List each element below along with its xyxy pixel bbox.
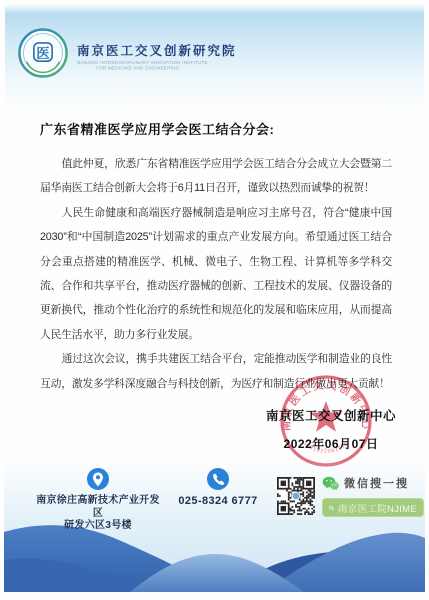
institute-name-cn: 南京医工交叉创新研究院 (77, 41, 237, 59)
paragraph-2: 人民生命健康和高端医疗器械制造是响应习主席号召，符合“健康中国2030”和“中国… (40, 201, 392, 347)
wechat-account-name: 南京医工院NJIME (338, 501, 417, 515)
signature-block: 南京医工交叉创新中心 2022年06月07日 (249, 406, 413, 452)
address-line-1: 南京徐庄高新技术产业开发区 (33, 495, 163, 520)
paragraph-3: 通过这次会议，携手共建医工结合平台，定能推动医学和制造业的良性互动，激发多学科深… (40, 347, 392, 396)
paragraph-1: 值此仲夏，欣悉广东省精准医学应用学会医工结合分会成立大会暨第二届华南医工结合创新… (40, 152, 392, 201)
contact-phone: 025-8324 6777 (160, 468, 276, 507)
letter-salutation: 广东省精准医学应用学会医工结合分会: (40, 119, 393, 138)
wechat-search: 微信搜一搜 南京医工院NJIME (322, 475, 424, 517)
logo-glyph: 医 (36, 46, 50, 61)
institute-brand: 医 南京医工交叉创新研究院 NANJING INTERDISCIPLINARY … (18, 28, 237, 78)
letter-scan: 医 南京医工交叉创新研究院 NANJING INTERDISCIPLINARY … (0, 0, 429, 600)
signature-date: 2022年06月07日 (249, 435, 413, 452)
phone-number: 025-8324 6777 (160, 495, 276, 507)
institute-name-en: NANJING INTERDISCIPLINARY INNOVATION INS… (77, 61, 199, 72)
institute-name-block: 南京医工交叉创新研究院 NANJING INTERDISCIPLINARY IN… (77, 28, 237, 75)
qr-code (277, 477, 315, 515)
footer-contacts: 南京徐庄高新技术产业开发区 研发六区3号楼 025-8324 6777 (0, 468, 429, 530)
wechat-search-label: 微信搜一搜 (344, 475, 409, 491)
letter-body: 值此仲夏，欣悉广东省精准医学应用学会医工结合分会成立大会暨第二届华南医工结合创新… (40, 152, 392, 396)
search-icon (329, 503, 334, 513)
address-line-2: 研发六区3号楼 (33, 520, 163, 533)
wechat-icon (322, 476, 339, 491)
wechat-search-pill: 南京医工院NJIME (322, 498, 424, 517)
phone-icon (207, 468, 229, 490)
contact-address: 南京徐庄高新技术产业开发区 研发六区3号楼 (33, 468, 163, 533)
institute-logo-icon: 医 (18, 28, 68, 78)
location-pin-icon (87, 468, 109, 490)
signature-org: 南京医工交叉创新中心 (249, 406, 413, 424)
